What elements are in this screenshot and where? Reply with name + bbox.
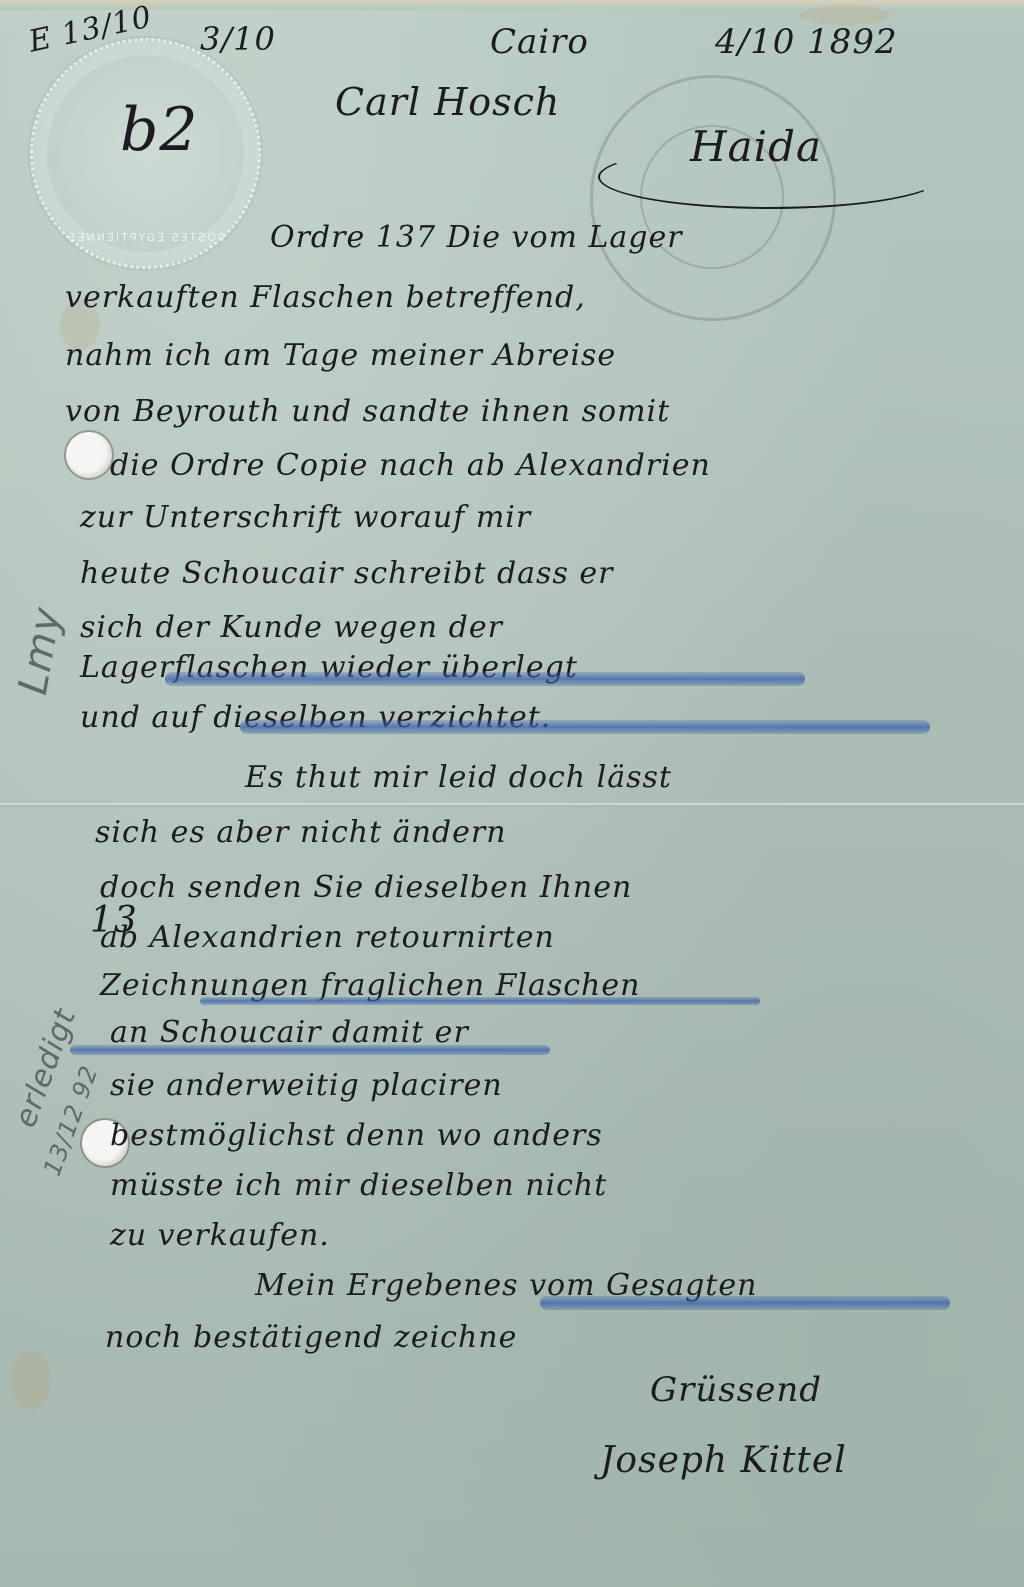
body-line: zur Unterschrift worauf mir [80, 500, 531, 535]
blue-crayon-underline [200, 997, 760, 1005]
blue-crayon-underline [540, 1296, 950, 1310]
blue-crayon-underline [165, 672, 805, 686]
margin-number: 13 [90, 900, 138, 941]
received-annotation: 3/10 [200, 20, 276, 58]
mark-annotation: b2 [120, 95, 199, 165]
closing-line: noch bestätigend zeichne [105, 1320, 517, 1355]
body-line: Ordre 137 Die vom Lager [270, 220, 683, 255]
recipient-name: Carl Hosch [335, 80, 560, 124]
body-line: verkauften Flaschen betreffend, [65, 280, 586, 315]
letter-sheet: POSTES EGYPTIENNES E 13/10 3/10 b2 Cairo… [0, 0, 1024, 1587]
body-line: ab Alexandrien retournirten [100, 920, 555, 955]
body-line: Es thut mir leid doch lässt [245, 760, 672, 795]
seal-label: POSTES EGYPTIENNES [33, 231, 258, 244]
body-line: bestmöglichst denn wo anders [110, 1118, 603, 1153]
body-line: doch senden Sie dieselben Ihnen [100, 870, 632, 905]
body-line: nahm ich am Tage meiner Abreise [65, 338, 616, 373]
margin-pencil-mark: Lmy [10, 603, 71, 698]
blue-crayon-underline [70, 1045, 550, 1055]
body-line: sich der Kunde wegen der [80, 610, 503, 645]
body-line: sie anderweitig placiren [110, 1068, 503, 1103]
body-line: zu verkaufen. [110, 1218, 330, 1253]
body-line: sich es aber nicht ändern [95, 815, 507, 850]
body-line: müsste ich mir dieselben nicht [110, 1168, 607, 1203]
body-line: von Beyrouth und sandte ihnen somit [65, 394, 670, 429]
city-flourish [598, 145, 942, 209]
signature-salutation: Grüssend [650, 1370, 822, 1410]
letter-place: Cairo [490, 22, 589, 62]
body-line: heute Schoucair schreibt dass er [80, 556, 613, 591]
paper-fold-crease [0, 803, 1024, 807]
punch-hole-top [66, 432, 112, 478]
blue-crayon-underline [240, 720, 930, 734]
paper-stain [10, 1350, 50, 1410]
body-line: die Ordre Copie nach ab Alexandrien [110, 448, 711, 483]
letter-date: 4/10 1892 [715, 22, 898, 62]
signature-name: Joseph Kittel [600, 1440, 847, 1481]
